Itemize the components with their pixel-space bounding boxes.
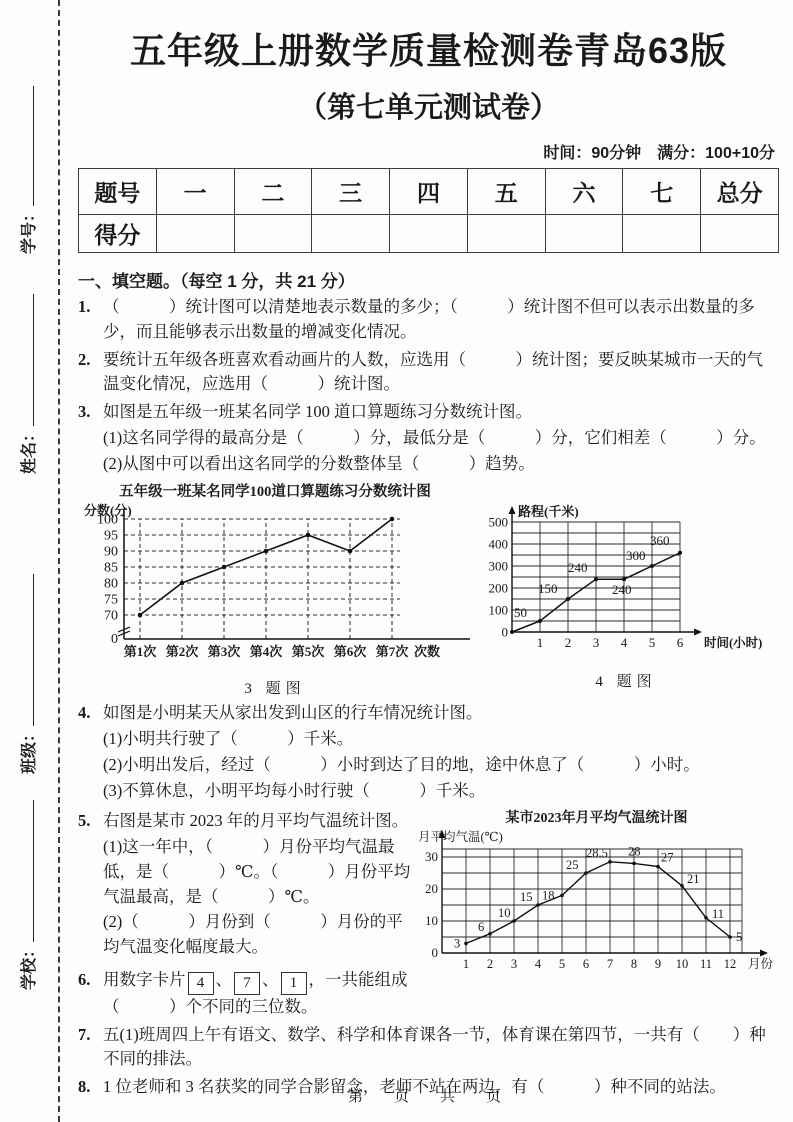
svg-text:5: 5 — [559, 957, 565, 971]
question-5-sub-2: (2)（ ）月份到（ ）月份的平均气温变化幅度最大。 — [103, 910, 414, 960]
school-field: 学校： — [16, 800, 39, 990]
svg-text:28.5: 28.5 — [586, 846, 608, 860]
score-table: 题号一二三四五六七总分 得分 — [78, 168, 779, 253]
line-chart-monthly-temperature: 0102030月平均气温(℃)123456789101112月份36101518… — [414, 827, 779, 982]
question-5-sub-1: (1)这一年中，（ ）月份平均气温最低，是（ ）℃。（ ）月份平均气温最高，是（… — [103, 835, 414, 909]
score-table-column-header: 三 — [312, 169, 390, 215]
question-1: 1. （ ）统计图可以清楚地表示数量的多少；（ ）统计图不但可以表示出数量的多少… — [78, 295, 779, 345]
question-number: 7. — [78, 1023, 103, 1073]
question-6: 6. 用数字卡片4、7、1，一共能组成（ ）个不同的三位数。 — [78, 968, 414, 1020]
svg-text:6: 6 — [677, 635, 684, 650]
section-heading: 一、填空题。（每空 1 分，共 21 分） — [78, 267, 779, 292]
time-and-score-info: 时间：90分钟 满分：100+10分 — [78, 140, 779, 163]
paper-title: 五年级上册数学质量检测卷青岛63版 — [78, 28, 779, 73]
svg-text:8: 8 — [631, 957, 637, 971]
svg-text:月平均气温(℃): 月平均气温(℃) — [418, 829, 503, 844]
score-cell-empty — [545, 215, 623, 253]
chart-driving-distance: 0100200300400500123456路程(千米)时间(小时)501502… — [472, 480, 780, 698]
test-paper-page: 学号： 姓名： 班级： 学校： 五年级上册数学质量检测卷青岛63版 （第七单元测… — [0, 0, 793, 1122]
line-chart-driving-distance: 0100200300400500123456路程(千米)时间(小时)501502… — [472, 502, 780, 669]
svg-text:第2次: 第2次 — [166, 644, 199, 659]
svg-text:6: 6 — [478, 920, 484, 934]
score-cell-empty — [467, 215, 545, 253]
svg-text:85: 85 — [104, 561, 118, 576]
svg-text:6: 6 — [583, 957, 589, 971]
svg-text:4: 4 — [535, 957, 542, 971]
svg-text:240: 240 — [612, 582, 632, 597]
question-number: 2. — [78, 348, 103, 398]
score-table-column-header: 总分 — [701, 169, 779, 215]
score-cell-empty — [390, 215, 468, 253]
svg-text:90: 90 — [104, 545, 118, 560]
svg-text:360: 360 — [650, 533, 670, 548]
score-table-column-header: 七 — [623, 169, 701, 215]
svg-text:20: 20 — [425, 881, 438, 896]
card-separator: 、 — [262, 970, 279, 989]
svg-text:150: 150 — [538, 581, 558, 596]
question-3-sub-2: (2)从图中可以看出这名同学的分数整体呈（ ）趋势。 — [103, 452, 779, 477]
question-5-column: 5. 右图是某市 2023 年的月平均气温统计图。 (1)这一年中，（ ）月份平… — [78, 806, 414, 1019]
score-table-corner: 题号 — [79, 169, 157, 215]
svg-text:70: 70 — [104, 609, 118, 624]
question-2: 2. 要统计五年级各班喜欢看动画片的人数，应选用（ ）统计图；要反映某城市一天的… — [78, 348, 779, 398]
question-3: 3. 如图是五年级一班某名同学 100 道口算题练习分数统计图。 (1)这名同学… — [78, 400, 779, 476]
svg-text:28: 28 — [628, 845, 641, 859]
svg-text:25: 25 — [566, 858, 579, 872]
question-text: 五(1)班周四上午有语文、数学、科学和体育课各一节，体育课在第四节，一共有（ ）… — [103, 1023, 779, 1073]
charts-row: 五年级一班某名同学100道口算题练习分数统计图 0707580859095100… — [78, 480, 779, 698]
svg-text:2: 2 — [487, 957, 493, 971]
score-cell-empty — [312, 215, 390, 253]
svg-text:0: 0 — [502, 625, 509, 640]
student-id-blank-line — [20, 86, 34, 206]
svg-text:第1次: 第1次 — [124, 644, 157, 659]
svg-text:15: 15 — [520, 890, 533, 904]
svg-text:时间(小时): 时间(小时) — [704, 635, 762, 650]
question-4-sub-1: (1)小明共行驶了（ ）千米。 — [103, 727, 779, 752]
question-number: 3. — [78, 400, 103, 476]
svg-text:次数: 次数 — [414, 644, 440, 659]
svg-text:1: 1 — [537, 635, 544, 650]
score-cell-empty — [234, 215, 312, 253]
digit-card-4: 4 — [188, 972, 214, 995]
student-id-field: 学号： — [16, 86, 39, 254]
svg-text:第3次: 第3次 — [208, 644, 241, 659]
question-text: 要统计五年级各班喜欢看动画片的人数，应选用（ ）统计图；要反映某城市一天的气温变… — [103, 348, 779, 398]
svg-text:27: 27 — [661, 851, 674, 865]
question-number: 4. — [78, 701, 103, 803]
svg-text:3: 3 — [511, 957, 517, 971]
question-5-and-chart-row: 5. 右图是某市 2023 年的月平均气温统计图。 (1)这一年中，（ ）月份平… — [78, 806, 779, 1019]
score-row-label: 得分 — [79, 215, 157, 253]
margin-divider-dashed-line — [58, 0, 60, 1122]
school-label: 学校： — [21, 942, 38, 990]
student-name-blank-line — [20, 294, 34, 426]
question-text: 右图是某市 2023 年的月平均气温统计图。 (1)这一年中，（ ）月份平均气温… — [103, 809, 414, 960]
svg-text:1: 1 — [463, 957, 469, 971]
question-number: 5. — [78, 809, 103, 960]
question-5-stem: 右图是某市 2023 年的月平均气温统计图。 — [103, 809, 414, 834]
svg-text:0: 0 — [111, 632, 118, 647]
student-id-label: 学号： — [21, 206, 38, 254]
question-4-stem: 如图是小明某天从家出发到山区的行车情况统计图。 — [103, 701, 779, 726]
svg-text:21: 21 — [687, 872, 700, 886]
svg-text:2: 2 — [565, 635, 572, 650]
question-number: 1. — [78, 295, 103, 345]
svg-text:18: 18 — [542, 889, 555, 903]
question-7: 7. 五(1)班周四上午有语文、数学、科学和体育课各一节，体育课在第四节，一共有… — [78, 1023, 779, 1073]
svg-text:0: 0 — [432, 945, 439, 960]
score-table-header-row: 题号一二三四五六七总分 — [79, 169, 779, 215]
score-table-column-header: 六 — [545, 169, 623, 215]
svg-text:10: 10 — [498, 906, 511, 920]
score-table-column-header: 一 — [156, 169, 234, 215]
svg-text:7: 7 — [607, 957, 613, 971]
question-text: 如图是五年级一班某名同学 100 道口算题练习分数统计图。 (1)这名同学得的最… — [103, 400, 779, 476]
class-field: 班级： — [16, 574, 39, 774]
class-label: 班级： — [21, 726, 38, 774]
question-text: 如图是小明某天从家出发到山区的行车情况统计图。 (1)小明共行驶了（ ）千米。 … — [103, 701, 779, 803]
svg-text:第5次: 第5次 — [292, 644, 325, 659]
question-text: （ ）统计图可以清楚地表示数量的多少；（ ）统计图不但可以表示出数量的多少，而且… — [103, 295, 779, 345]
digit-card-7: 7 — [234, 972, 260, 995]
line-chart-oral-math-scores: 0707580859095100分数(分)第1次第2次第3次第4次第5次第6次第… — [78, 501, 472, 676]
chart-oral-math-scores: 五年级一班某名同学100道口算题练习分数统计图 0707580859095100… — [78, 480, 472, 698]
svg-text:100: 100 — [489, 603, 509, 618]
chart-title: 五年级一班某名同学100道口算题练习分数统计图 — [78, 480, 472, 501]
svg-text:第6次: 第6次 — [334, 644, 367, 659]
student-name-field: 姓名： — [16, 294, 39, 474]
svg-text:300: 300 — [626, 548, 646, 563]
svg-text:30: 30 — [425, 849, 438, 864]
svg-text:3: 3 — [593, 635, 600, 650]
score-table-column-header: 二 — [234, 169, 312, 215]
question-3-stem: 如图是五年级一班某名同学 100 道口算题练习分数统计图。 — [103, 400, 779, 425]
question-4-sub-3: (3)不算休息，小明平均每小时行驶（ ）千米。 — [103, 779, 779, 804]
svg-text:5: 5 — [649, 635, 656, 650]
svg-text:75: 75 — [104, 593, 118, 608]
svg-text:9: 9 — [655, 957, 661, 971]
svg-text:240: 240 — [568, 560, 588, 575]
svg-text:50: 50 — [514, 605, 527, 620]
chart-title: 某市2023年月平均气温统计图 — [414, 807, 779, 827]
score-cell-empty — [623, 215, 701, 253]
digit-card-1: 1 — [281, 972, 307, 995]
svg-text:200: 200 — [489, 581, 509, 596]
svg-text:路程(千米): 路程(千米) — [518, 504, 579, 519]
question-number: 6. — [78, 968, 103, 1020]
svg-text:4: 4 — [621, 635, 628, 650]
class-blank-line — [20, 574, 34, 726]
chart-caption: 4 题图 — [472, 670, 780, 691]
score-table-value-row: 得分 — [79, 215, 779, 253]
question-3-sub-1: (1)这名同学得的最高分是（ ）分，最低分是（ ）分，它们相差（ ）分。 — [103, 426, 779, 451]
svg-text:月份: 月份 — [748, 957, 774, 971]
question-text: 用数字卡片4、7、1，一共能组成（ ）个不同的三位数。 — [103, 968, 414, 1020]
svg-text:10: 10 — [425, 913, 438, 928]
svg-text:第7次: 第7次 — [376, 644, 409, 659]
score-table-column-header: 五 — [467, 169, 545, 215]
svg-text:300: 300 — [489, 559, 509, 574]
student-name-label: 姓名： — [21, 426, 38, 474]
chart-caption: 3 题图 — [78, 677, 472, 698]
score-table-column-header: 四 — [390, 169, 468, 215]
score-cell-empty — [701, 215, 779, 253]
page-footer: 第 页 共 页 — [78, 1085, 779, 1106]
card-separator: 、 — [216, 970, 233, 989]
question-4: 4. 如图是小明某天从家出发到山区的行车情况统计图。 (1)小明共行驶了（ ）千… — [78, 701, 779, 803]
svg-text:10: 10 — [676, 957, 689, 971]
svg-text:80: 80 — [104, 577, 118, 592]
question-5: 5. 右图是某市 2023 年的月平均气温统计图。 (1)这一年中，（ ）月份平… — [78, 809, 414, 960]
svg-text:500: 500 — [489, 515, 509, 530]
svg-text:11: 11 — [700, 957, 712, 971]
svg-text:400: 400 — [489, 537, 509, 552]
score-cell-empty — [156, 215, 234, 253]
svg-text:5: 5 — [736, 930, 742, 944]
svg-text:第4次: 第4次 — [250, 644, 283, 659]
svg-text:分数(分): 分数(分) — [84, 503, 132, 518]
paper-content: 五年级上册数学质量检测卷青岛63版 （第七单元测试卷） 时间：90分钟 满分：1… — [0, 0, 793, 1100]
svg-text:3: 3 — [454, 937, 460, 951]
paper-subtitle: （第七单元测试卷） — [78, 85, 779, 126]
chart-monthly-temperature: 某市2023年月平均气温统计图 0102030月平均气温(℃)123456789… — [414, 806, 779, 1019]
svg-text:12: 12 — [724, 957, 737, 971]
school-blank-line — [20, 800, 34, 942]
svg-text:11: 11 — [712, 907, 724, 921]
question-4-sub-2: (2)小明出发后，经过（ ）小时到达了目的地，途中休息了（ ）小时。 — [103, 753, 779, 778]
svg-text:95: 95 — [104, 529, 118, 544]
question-6-pre: 用数字卡片 — [103, 970, 186, 989]
